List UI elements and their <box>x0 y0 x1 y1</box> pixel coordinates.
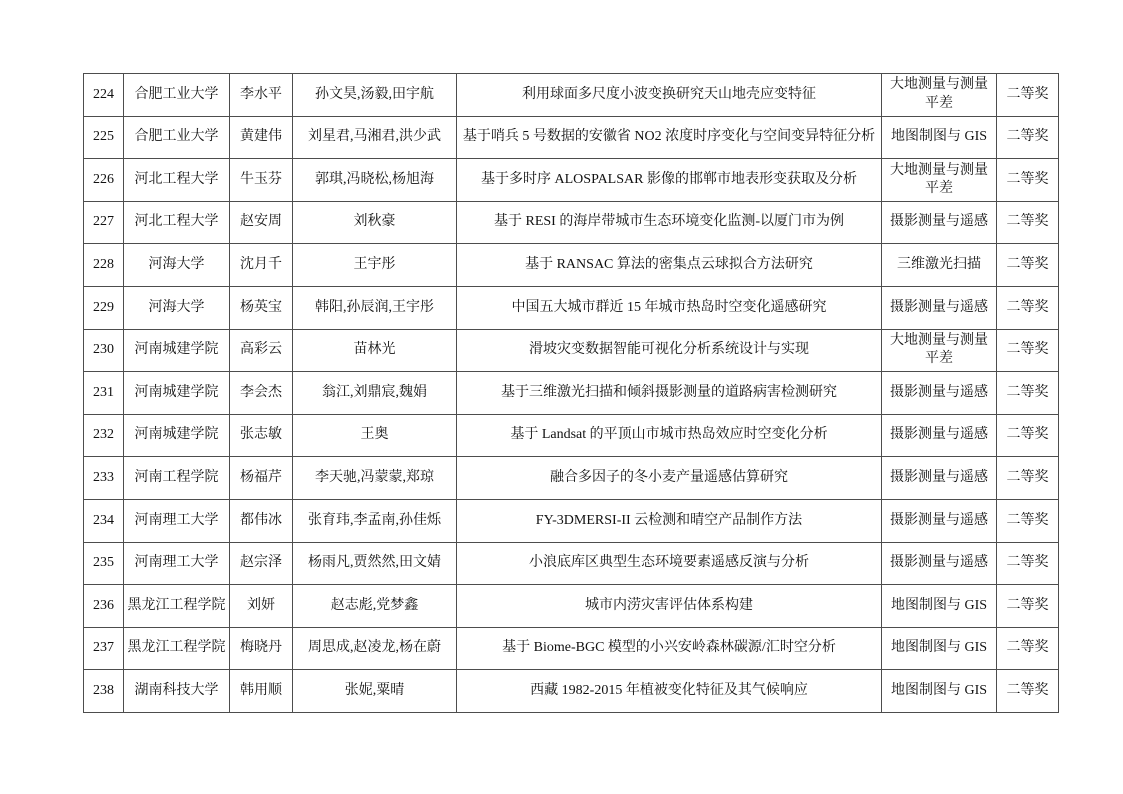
cell-category: 地图制图与 GIS <box>882 670 997 713</box>
cell-number: 238 <box>84 670 124 713</box>
table-row: 234河南理工大学都伟冰张育玮,李孟南,孙佳烁FY-3DMERSI-II 云检测… <box>84 499 1059 542</box>
cell-award: 二等奖 <box>997 286 1059 329</box>
cell-category: 摄影测量与遥感 <box>882 499 997 542</box>
cell-number: 237 <box>84 627 124 670</box>
cell-number: 234 <box>84 499 124 542</box>
cell-award: 二等奖 <box>997 542 1059 585</box>
cell-project-title: 中国五大城市群近 15 年城市热岛时空变化遥感研究 <box>457 286 882 329</box>
cell-number: 232 <box>84 414 124 457</box>
table-row: 235河南理工大学赵宗泽杨雨凡,贾然然,田文婧小浪底库区典型生态环境要素遥感反演… <box>84 542 1059 585</box>
cell-school: 合肥工业大学 <box>124 74 230 117</box>
cell-school: 黑龙江工程学院 <box>124 585 230 628</box>
cell-project-title: 城市内涝灾害评估体系构建 <box>457 585 882 628</box>
awards-table: 224合肥工业大学李水平孙文昊,汤毅,田宇航利用球面多尺度小波变换研究天山地壳应… <box>83 73 1059 713</box>
table-row: 230河南城建学院高彩云苗林光滑坡灾变数据智能可视化分析系统设计与实现大地测量与… <box>84 329 1059 372</box>
table-row: 224合肥工业大学李水平孙文昊,汤毅,田宇航利用球面多尺度小波变换研究天山地壳应… <box>84 74 1059 117</box>
cell-project-title: 基于哨兵 5 号数据的安徽省 NO2 浓度时序变化与空间变异特征分析 <box>457 116 882 159</box>
cell-category: 摄影测量与遥感 <box>882 372 997 415</box>
cell-number: 235 <box>84 542 124 585</box>
table-row: 227河北工程大学赵安周刘秋豪基于 RESI 的海岸带城市生态环境变化监测-以厦… <box>84 201 1059 244</box>
cell-leader: 李会杰 <box>230 372 293 415</box>
cell-school: 河南理工大学 <box>124 499 230 542</box>
document-page: 224合肥工业大学李水平孙文昊,汤毅,田宇航利用球面多尺度小波变换研究天山地壳应… <box>0 0 1123 794</box>
cell-category: 摄影测量与遥感 <box>882 201 997 244</box>
cell-category: 摄影测量与遥感 <box>882 286 997 329</box>
cell-members: 苗林光 <box>293 329 457 372</box>
cell-award: 二等奖 <box>997 457 1059 500</box>
cell-school: 河南城建学院 <box>124 329 230 372</box>
awards-table-body: 224合肥工业大学李水平孙文昊,汤毅,田宇航利用球面多尺度小波变换研究天山地壳应… <box>84 74 1059 713</box>
cell-members: 郭琪,冯晓松,杨旭海 <box>293 159 457 202</box>
cell-category: 地图制图与 GIS <box>882 116 997 159</box>
cell-category: 大地测量与测量平差 <box>882 74 997 117</box>
cell-project-title: FY-3DMERSI-II 云检测和晴空产品制作方法 <box>457 499 882 542</box>
cell-number: 236 <box>84 585 124 628</box>
cell-award: 二等奖 <box>997 116 1059 159</box>
cell-members: 翁江,刘鼎宸,魏娟 <box>293 372 457 415</box>
cell-project-title: 基于多时序 ALOSPALSAR 影像的邯郸市地表形变获取及分析 <box>457 159 882 202</box>
cell-award: 二等奖 <box>997 585 1059 628</box>
cell-number: 227 <box>84 201 124 244</box>
cell-members: 张妮,粟晴 <box>293 670 457 713</box>
cell-school: 河南城建学院 <box>124 372 230 415</box>
cell-members: 孙文昊,汤毅,田宇航 <box>293 74 457 117</box>
cell-number: 229 <box>84 286 124 329</box>
cell-category: 地图制图与 GIS <box>882 627 997 670</box>
cell-category: 摄影测量与遥感 <box>882 414 997 457</box>
cell-number: 233 <box>84 457 124 500</box>
cell-number: 224 <box>84 74 124 117</box>
cell-members: 王奥 <box>293 414 457 457</box>
cell-number: 230 <box>84 329 124 372</box>
cell-members: 李天驰,冯蒙蒙,郑琼 <box>293 457 457 500</box>
cell-leader: 杨福芹 <box>230 457 293 500</box>
cell-school: 河海大学 <box>124 244 230 287</box>
cell-leader: 李水平 <box>230 74 293 117</box>
cell-project-title: 小浪底库区典型生态环境要素遥感反演与分析 <box>457 542 882 585</box>
cell-project-title: 基于 RANSAC 算法的密集点云球拟合方法研究 <box>457 244 882 287</box>
cell-members: 周思成,赵凌龙,杨在蔚 <box>293 627 457 670</box>
cell-members: 刘星君,马湘君,洪少武 <box>293 116 457 159</box>
table-row: 233河南工程学院杨福芹李天驰,冯蒙蒙,郑琼融合多因子的冬小麦产量遥感估算研究摄… <box>84 457 1059 500</box>
cell-members: 杨雨凡,贾然然,田文婧 <box>293 542 457 585</box>
cell-project-title: 融合多因子的冬小麦产量遥感估算研究 <box>457 457 882 500</box>
table-row: 229河海大学杨英宝韩阳,孙辰润,王宇彤中国五大城市群近 15 年城市热岛时空变… <box>84 286 1059 329</box>
cell-award: 二等奖 <box>997 244 1059 287</box>
cell-project-title: 西藏 1982-2015 年植被变化特征及其气候响应 <box>457 670 882 713</box>
cell-award: 二等奖 <box>997 499 1059 542</box>
cell-project-title: 基于 RESI 的海岸带城市生态环境变化监测-以厦门市为例 <box>457 201 882 244</box>
cell-project-title: 基于 Biome-BGC 模型的小兴安岭森林碳源/汇时空分析 <box>457 627 882 670</box>
cell-leader: 韩用顺 <box>230 670 293 713</box>
cell-project-title: 滑坡灾变数据智能可视化分析系统设计与实现 <box>457 329 882 372</box>
cell-school: 黑龙江工程学院 <box>124 627 230 670</box>
table-row: 238湖南科技大学韩用顺张妮,粟晴西藏 1982-2015 年植被变化特征及其气… <box>84 670 1059 713</box>
cell-project-title: 利用球面多尺度小波变换研究天山地壳应变特征 <box>457 74 882 117</box>
cell-members: 韩阳,孙辰润,王宇彤 <box>293 286 457 329</box>
cell-number: 226 <box>84 159 124 202</box>
cell-school: 湖南科技大学 <box>124 670 230 713</box>
cell-award: 二等奖 <box>997 159 1059 202</box>
cell-leader: 高彩云 <box>230 329 293 372</box>
cell-school: 河北工程大学 <box>124 201 230 244</box>
cell-leader: 张志敏 <box>230 414 293 457</box>
cell-award: 二等奖 <box>997 372 1059 415</box>
cell-award: 二等奖 <box>997 414 1059 457</box>
cell-members: 王宇彤 <box>293 244 457 287</box>
cell-leader: 牛玉芬 <box>230 159 293 202</box>
cell-number: 225 <box>84 116 124 159</box>
cell-leader: 黄建伟 <box>230 116 293 159</box>
cell-category: 三维激光扫描 <box>882 244 997 287</box>
cell-award: 二等奖 <box>997 201 1059 244</box>
table-row: 232河南城建学院张志敏王奥基于 Landsat 的平顶山市城市热岛效应时空变化… <box>84 414 1059 457</box>
cell-category: 大地测量与测量平差 <box>882 329 997 372</box>
cell-members: 刘秋豪 <box>293 201 457 244</box>
cell-category: 摄影测量与遥感 <box>882 457 997 500</box>
cell-school: 河海大学 <box>124 286 230 329</box>
cell-school: 河南城建学院 <box>124 414 230 457</box>
cell-leader: 杨英宝 <box>230 286 293 329</box>
table-row: 237黑龙江工程学院梅晓丹周思成,赵凌龙,杨在蔚基于 Biome-BGC 模型的… <box>84 627 1059 670</box>
cell-category: 摄影测量与遥感 <box>882 542 997 585</box>
cell-award: 二等奖 <box>997 627 1059 670</box>
cell-members: 赵志彪,党梦鑫 <box>293 585 457 628</box>
cell-award: 二等奖 <box>997 670 1059 713</box>
cell-leader: 梅晓丹 <box>230 627 293 670</box>
table-row: 228河海大学沈月千王宇彤基于 RANSAC 算法的密集点云球拟合方法研究三维激… <box>84 244 1059 287</box>
cell-category: 大地测量与测量平差 <box>882 159 997 202</box>
cell-project-title: 基于三维激光扫描和倾斜摄影测量的道路病害检测研究 <box>457 372 882 415</box>
cell-number: 228 <box>84 244 124 287</box>
cell-award: 二等奖 <box>997 329 1059 372</box>
cell-leader: 赵宗泽 <box>230 542 293 585</box>
cell-leader: 都伟冰 <box>230 499 293 542</box>
table-row: 225合肥工业大学黄建伟刘星君,马湘君,洪少武基于哨兵 5 号数据的安徽省 NO… <box>84 116 1059 159</box>
cell-school: 合肥工业大学 <box>124 116 230 159</box>
cell-award: 二等奖 <box>997 74 1059 117</box>
table-row: 231河南城建学院李会杰翁江,刘鼎宸,魏娟基于三维激光扫描和倾斜摄影测量的道路病… <box>84 372 1059 415</box>
cell-school: 河北工程大学 <box>124 159 230 202</box>
table-row: 226河北工程大学牛玉芬郭琪,冯晓松,杨旭海基于多时序 ALOSPALSAR 影… <box>84 159 1059 202</box>
cell-leader: 沈月千 <box>230 244 293 287</box>
cell-leader: 赵安周 <box>230 201 293 244</box>
cell-number: 231 <box>84 372 124 415</box>
cell-category: 地图制图与 GIS <box>882 585 997 628</box>
table-row: 236黑龙江工程学院刘妍赵志彪,党梦鑫城市内涝灾害评估体系构建地图制图与 GIS… <box>84 585 1059 628</box>
cell-project-title: 基于 Landsat 的平顶山市城市热岛效应时空变化分析 <box>457 414 882 457</box>
cell-members: 张育玮,李孟南,孙佳烁 <box>293 499 457 542</box>
cell-leader: 刘妍 <box>230 585 293 628</box>
cell-school: 河南理工大学 <box>124 542 230 585</box>
cell-school: 河南工程学院 <box>124 457 230 500</box>
